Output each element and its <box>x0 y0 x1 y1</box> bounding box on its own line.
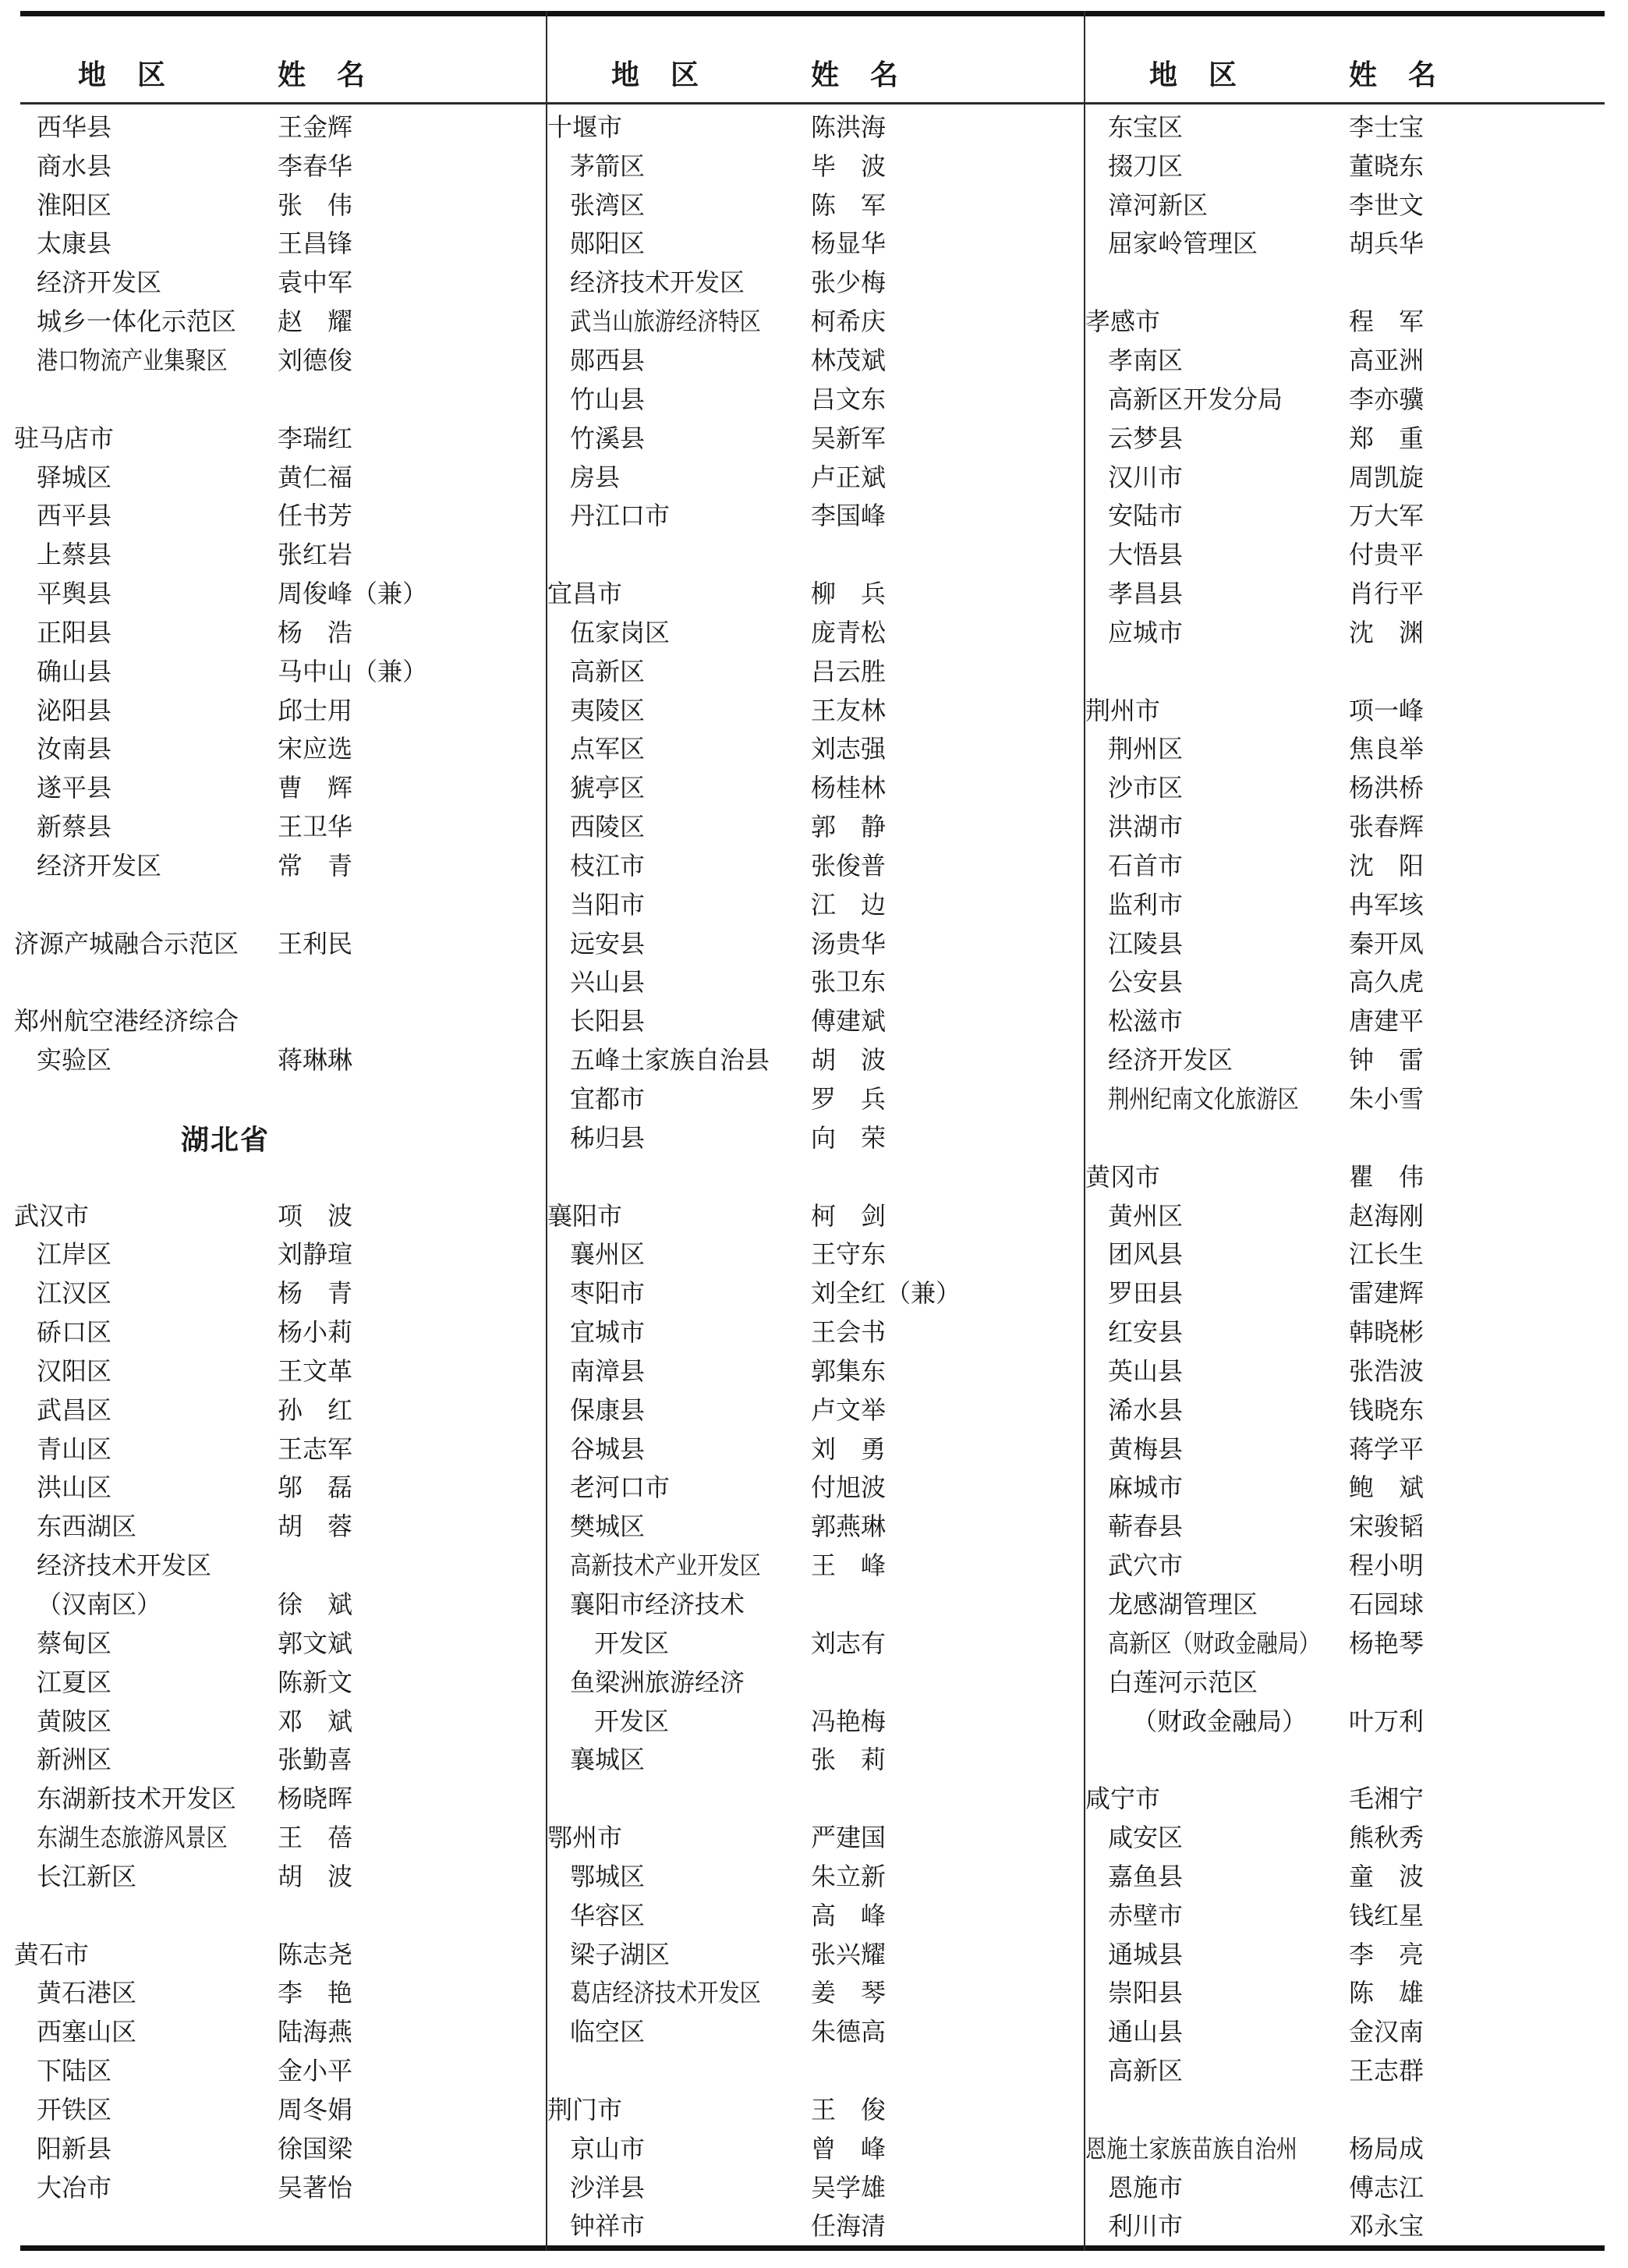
region-cell: 郑州航空港经济综合 <box>14 1007 239 1035</box>
region-cell: 太康县 <box>37 229 111 257</box>
name-cell: 肖行平 <box>1349 579 1424 608</box>
table-row: 泌阳县邱士用 <box>14 691 544 730</box>
name-cell: 周俊峰（兼） <box>278 579 427 608</box>
name-cell: 陈 雄 <box>1349 1979 1424 2007</box>
table-row: 襄州区王守东 <box>547 1235 1082 1274</box>
region-cell: 石首市 <box>1108 852 1183 880</box>
table-row: 东湖新技术开发区杨晓晖 <box>14 1779 544 1818</box>
table-row: 伍家岗区庞青松 <box>547 613 1082 652</box>
name-cell: 江长生 <box>1349 1240 1424 1268</box>
region-cell: 团风县 <box>1108 1240 1183 1268</box>
region-cell: 秭归县 <box>570 1124 645 1152</box>
region-cell: 经济技术开发区 <box>37 1551 211 1579</box>
name-cell: 曹 辉 <box>278 774 352 802</box>
region-cell: 荆门市 <box>547 2096 622 2124</box>
table-row: 阳新县徐国梁 <box>14 2129 544 2168</box>
region-cell: 汉阳区 <box>37 1357 111 1385</box>
name-cell: 柯 剑 <box>811 1202 886 1230</box>
name-cell: 王金辉 <box>278 113 352 141</box>
blank-row <box>547 1779 1082 1818</box>
table-row: 十堰市陈洪海 <box>547 108 1082 147</box>
table-row: 东西湖区胡 蓉 <box>14 1507 544 1546</box>
name-cell: 冯艳梅 <box>811 1707 886 1735</box>
table-row: 宜城市王会书 <box>547 1313 1082 1352</box>
blank-row <box>14 1896 544 1935</box>
table-row: 汉川市周凯旋 <box>1085 458 1614 497</box>
region-cell: 通城县 <box>1108 1940 1183 1969</box>
name-cell: 张兴耀 <box>811 1940 886 1969</box>
region-cell: 茅箭区 <box>570 152 645 180</box>
region-cell: 枝江市 <box>570 852 645 880</box>
table-row: 高新区开发分局李亦骥 <box>1085 380 1614 419</box>
region-cell: 西华县 <box>37 113 111 141</box>
table-column-3: 东宝区李士宝掇刀区董晓东漳河新区李世文屈家岭管理区胡兵华孝感市程 军孝南区高亚洲… <box>1085 108 1614 2246</box>
table-bottom-border <box>20 2245 1605 2251</box>
name-cell: 沈 阳 <box>1349 852 1424 880</box>
table-row: 荆州区焦良举 <box>1085 730 1614 769</box>
table-row: 华容区高 峰 <box>547 1896 1082 1935</box>
table-row: 京山市曾 峰 <box>547 2129 1082 2168</box>
table-row: 黄石市陈志尧 <box>14 1935 544 1974</box>
region-cell: 谷城县 <box>570 1435 645 1463</box>
name-cell: 焦良举 <box>1349 735 1424 763</box>
table-row: 宜都市罗 兵 <box>547 1079 1082 1118</box>
region-cell: 阳新县 <box>37 2135 111 2163</box>
name-cell: 马中山（兼） <box>278 657 427 686</box>
table-row: 云梦县郑 重 <box>1085 419 1614 458</box>
table-row: 丹江口市李国峰 <box>547 496 1082 535</box>
table-row: 新蔡县王卫华 <box>14 807 544 846</box>
region-cell: 当阳市 <box>570 891 645 919</box>
region-cell: 兴山县 <box>570 968 645 996</box>
region-cell: 宜都市 <box>570 1085 645 1113</box>
name-cell: 胡 波 <box>811 1046 886 1074</box>
region-cell: 开铁区 <box>37 2096 111 2124</box>
table-row: 洪山区邬 磊 <box>14 1469 544 1508</box>
blank-row <box>1085 263 1614 302</box>
table-row: 江岸区刘静瑄 <box>14 1235 544 1274</box>
name-cell: 金小平 <box>278 2057 352 2085</box>
name-cell: 陈 军 <box>811 191 886 219</box>
name-cell: 李瑞红 <box>278 424 352 452</box>
region-cell: 华容区 <box>570 1901 645 1930</box>
table-row: 下陆区金小平 <box>14 2051 544 2090</box>
region-cell: 驿城区 <box>37 463 111 491</box>
region-cell: 武穴市 <box>1108 1551 1183 1579</box>
table-row: 红安县韩晓彬 <box>1085 1313 1614 1352</box>
table-row: 监利市冉军垓 <box>1085 885 1614 924</box>
table-row: 江汉区杨 青 <box>14 1274 544 1313</box>
name-cell: 刘静瑄 <box>278 1240 352 1268</box>
name-cell: 张浩波 <box>1349 1357 1424 1385</box>
table-row: 恩施土家族苗族自治州杨局成 <box>1085 2129 1614 2168</box>
name-cell: 刘志强 <box>811 735 886 763</box>
table-row: 夷陵区王友林 <box>547 691 1082 730</box>
name-cell: 任书芳 <box>278 501 352 530</box>
name-cell: 毕 波 <box>811 152 886 180</box>
table-row: 襄阳市柯 剑 <box>547 1196 1082 1235</box>
region-cell: 济源产城融合示范区 <box>14 930 239 958</box>
region-cell: 猇亭区 <box>570 774 645 802</box>
region-cell: （汉南区） <box>37 1590 161 1618</box>
name-cell: 郭燕琳 <box>811 1512 886 1540</box>
name-cell: 周冬娟 <box>278 2096 352 2124</box>
blank-row <box>14 963 544 1002</box>
region-cell: 孝南区 <box>1108 346 1183 374</box>
table-row: 英山县张浩波 <box>1085 1352 1614 1391</box>
blank-row <box>547 1157 1082 1196</box>
table-row: 驿城区黄仁福 <box>14 458 544 497</box>
region-cell: 白莲河示范区 <box>1108 1668 1258 1696</box>
region-cell: 枣阳市 <box>570 1279 645 1307</box>
name-cell: 陈洪海 <box>811 113 886 141</box>
region-cell: 咸安区 <box>1108 1823 1183 1852</box>
table-row: 咸宁市毛湘宁 <box>1085 1779 1614 1818</box>
region-cell: 崇阳县 <box>1108 1979 1183 2007</box>
table-row: 枝江市张俊普 <box>547 846 1082 885</box>
table-row: 罗田县雷建辉 <box>1085 1274 1614 1313</box>
table-row: 松滋市唐建平 <box>1085 1001 1614 1040</box>
region-cell: 黄冈市 <box>1085 1163 1160 1191</box>
name-cell: 邓永宝 <box>1349 2212 1424 2240</box>
table-row: 济源产城融合示范区王利民 <box>14 924 544 963</box>
name-cell: 童 波 <box>1349 1862 1424 1891</box>
blank-row <box>14 380 544 419</box>
name-cell: 吴著怡 <box>278 2174 352 2202</box>
table-row: 利川市邓永宝 <box>1085 2207 1614 2246</box>
region-cell: 武汉市 <box>14 1202 89 1230</box>
region-cell: 监利市 <box>1108 891 1183 919</box>
name-cell: 汤贵华 <box>811 930 886 958</box>
table-row: 遂平县曹 辉 <box>14 768 544 807</box>
table-row: 大冶市吴著怡 <box>14 2168 544 2207</box>
table-row: 沙市区杨洪桥 <box>1085 768 1614 807</box>
region-cell: 黄州区 <box>1108 1202 1183 1230</box>
table-row: 鄂州市严建国 <box>547 1818 1082 1857</box>
region-cell: 西陵区 <box>570 813 645 841</box>
region-cell: 汝南县 <box>37 735 111 763</box>
table-row: 高新区（财政金融局）杨艳琴 <box>1085 1624 1614 1663</box>
region-cell: 夷陵区 <box>570 696 645 725</box>
table-row: 黄冈市瞿 伟 <box>1085 1157 1614 1196</box>
name-cell: 陈新文 <box>278 1668 352 1696</box>
region-cell: 东湖新技术开发区 <box>37 1784 236 1813</box>
directory-page: 地 区 姓 名 地 区 姓 名 地 区 姓 名 西华县王金辉商水县李春华淮阳区张… <box>0 0 1628 2268</box>
name-cell: 王会书 <box>811 1318 886 1346</box>
region-cell: 襄阳市 <box>547 1202 622 1230</box>
table-row: 驻马店市李瑞红 <box>14 419 544 458</box>
name-cell: 钱红星 <box>1349 1901 1424 1930</box>
table-row: 安陆市万大军 <box>1085 496 1614 535</box>
name-cell: 李春华 <box>278 152 352 180</box>
region-cell: 英山县 <box>1108 1357 1183 1385</box>
region-cell: 襄阳市经济技术 <box>570 1590 745 1618</box>
table-row: 洪湖市张春辉 <box>1085 807 1614 846</box>
region-cell: 开发区 <box>594 1629 669 1657</box>
region-cell: 大冶市 <box>37 2174 111 2202</box>
name-cell: 李世文 <box>1349 191 1424 219</box>
name-cell: 叶万利 <box>1349 1707 1424 1735</box>
region-column-header: 地 区 <box>611 61 700 89</box>
region-cell: 东湖生态旅游风景区 <box>37 1823 228 1852</box>
table-row: 龙感湖管理区石园球 <box>1085 1585 1614 1624</box>
name-column-header: 姓 名 <box>1349 61 1438 89</box>
table-row: 老河口市付旭波 <box>547 1469 1082 1508</box>
table-row: 鱼梁洲旅游经济 <box>547 1663 1082 1702</box>
name-cell: 袁中军 <box>278 268 352 296</box>
region-cell: 蕲春县 <box>1108 1512 1183 1540</box>
name-cell: 郭集东 <box>811 1357 886 1385</box>
region-cell: 屈家岭管理区 <box>1108 229 1258 257</box>
region-cell: 青山区 <box>37 1435 111 1463</box>
name-cell: 李士宝 <box>1349 113 1424 141</box>
name-cell: 韩晓彬 <box>1349 1318 1424 1346</box>
table-row: 崇阳县陈 雄 <box>1085 1974 1614 2013</box>
name-cell: 蒋学平 <box>1349 1435 1424 1463</box>
name-cell: 刘全红（兼） <box>811 1279 961 1307</box>
name-cell: 张红岩 <box>278 540 352 569</box>
region-cell: 襄州区 <box>570 1240 645 1268</box>
table-row: 通城县李 亮 <box>1085 1935 1614 1974</box>
region-cell: 孝感市 <box>1085 307 1160 335</box>
table-row: 正阳县杨 浩 <box>14 613 544 652</box>
region-cell: 丹江口市 <box>570 501 670 530</box>
name-cell: 董晓东 <box>1349 152 1424 180</box>
region-cell: 赤壁市 <box>1108 1901 1183 1930</box>
region-cell: 洪湖市 <box>1108 813 1183 841</box>
table-row: 硚口区杨小莉 <box>14 1313 544 1352</box>
table-row: 经济技术开发区张少梅 <box>547 263 1082 302</box>
table-row: 沙洋县吴学雄 <box>547 2168 1082 2207</box>
name-cell: 朱立新 <box>811 1862 886 1891</box>
name-cell: 胡 波 <box>278 1862 352 1891</box>
region-cell: 麻城市 <box>1108 1473 1183 1501</box>
region-cell: 罗田县 <box>1108 1279 1183 1307</box>
region-cell: 城乡一体化示范区 <box>37 307 236 335</box>
region-cell: 武当山旅游经济特区 <box>570 307 761 335</box>
region-cell: 咸宁市 <box>1085 1784 1160 1813</box>
province-section-row: 湖北省 <box>14 1118 544 1157</box>
name-cell: 胡 蓉 <box>278 1512 352 1540</box>
region-cell: 高新技术产业开发区 <box>570 1551 761 1579</box>
name-cell: 朱德高 <box>811 2018 886 2046</box>
name-cell: 冉军垓 <box>1349 891 1424 919</box>
region-cell: 嘉鱼县 <box>1108 1862 1183 1891</box>
name-cell: 吕云胜 <box>811 657 886 686</box>
name-cell: 金汉南 <box>1349 2018 1424 2046</box>
table-row: 浠水县钱晓东 <box>1085 1391 1614 1430</box>
name-cell: 邬 磊 <box>278 1473 352 1501</box>
region-column-header: 地 区 <box>1149 61 1238 89</box>
region-cell: 荆州区 <box>1108 735 1183 763</box>
table-row: 汝南县宋应选 <box>14 730 544 769</box>
table-row: 高新区吕云胜 <box>547 652 1082 691</box>
table-row: 大悟县付贵平 <box>1085 535 1614 574</box>
name-cell: 鲍 斌 <box>1349 1473 1424 1501</box>
name-cell: 项一峰 <box>1349 696 1424 725</box>
table-row: 竹山县吕文东 <box>547 380 1082 419</box>
name-cell: 杨显华 <box>811 229 886 257</box>
region-cell: 长江新区 <box>37 1862 136 1891</box>
name-cell: 王利民 <box>278 930 352 958</box>
table-row: 蔡甸区郭文斌 <box>14 1624 544 1663</box>
region-cell: 高新区 <box>1108 2057 1183 2085</box>
name-cell: 庞青松 <box>811 618 886 647</box>
table-row: 武汉市项 波 <box>14 1196 544 1235</box>
table-row: 淮阳区张 伟 <box>14 186 544 225</box>
region-cell: 襄城区 <box>570 1745 645 1774</box>
region-cell: 云梦县 <box>1108 424 1183 452</box>
blank-row <box>14 1079 544 1118</box>
region-cell: 东西湖区 <box>37 1512 136 1540</box>
region-cell: 蔡甸区 <box>37 1629 111 1657</box>
region-cell: 掇刀区 <box>1108 152 1183 180</box>
name-cell: 黄仁福 <box>278 463 352 491</box>
table-row: 蕲春县宋骏韬 <box>1085 1507 1614 1546</box>
table-row: 秭归县向 荣 <box>547 1118 1082 1157</box>
name-cell: 瞿 伟 <box>1349 1163 1424 1191</box>
table-row: 长阳县傅建斌 <box>547 1001 1082 1040</box>
table-row: 猇亭区杨桂林 <box>547 768 1082 807</box>
table-row: 西塞山区陆海燕 <box>14 2012 544 2051</box>
region-cell: 恩施市 <box>1108 2174 1183 2202</box>
region-cell: 宜城市 <box>570 1318 645 1346</box>
table-row: 黄梅县蒋学平 <box>1085 1430 1614 1469</box>
name-cell: 李亦骥 <box>1349 385 1424 413</box>
table-column-2: 十堰市陈洪海茅箭区毕 波张湾区陈 军郧阳区杨显华经济技术开发区张少梅武当山旅游经… <box>547 108 1082 2246</box>
table-row: 开发区刘志有 <box>547 1624 1082 1663</box>
name-cell: 向 荣 <box>811 1124 886 1152</box>
table-row: （汉南区）徐 斌 <box>14 1585 544 1624</box>
name-cell: 王 俊 <box>811 2096 886 2124</box>
table-row: 公安县高久虎 <box>1085 963 1614 1002</box>
name-cell: 傅志江 <box>1349 2174 1424 2202</box>
region-cell: 长阳县 <box>570 1007 645 1035</box>
table-row: 高新区王志群 <box>1085 2051 1614 2090</box>
table-row: 兴山县张卫东 <box>547 963 1082 1002</box>
table-row: 嘉鱼县童 波 <box>1085 1857 1614 1896</box>
table-row: 江夏区陈新文 <box>14 1663 544 1702</box>
region-cell: 下陆区 <box>37 2057 111 2085</box>
region-cell: 郧阳区 <box>570 229 645 257</box>
table-row: 东宝区李士宝 <box>1085 108 1614 147</box>
name-cell: 徐 斌 <box>278 1590 352 1618</box>
name-cell: 邱士用 <box>278 696 352 725</box>
table-row: 葛店经济技术开发区姜 琴 <box>547 1974 1082 2013</box>
region-cell: 漳河新区 <box>1108 191 1208 219</box>
table-row: 新洲区张勤喜 <box>14 1740 544 1779</box>
table-row: 点军区刘志强 <box>547 730 1082 769</box>
name-cell: 王志群 <box>1349 2057 1424 2085</box>
region-cell: 竹山县 <box>570 385 645 413</box>
name-cell: 姜 琴 <box>811 1979 886 2007</box>
region-cell: 上蔡县 <box>37 540 111 569</box>
name-cell: 周凯旋 <box>1349 463 1424 491</box>
region-cell: 鱼梁洲旅游经济 <box>570 1668 745 1696</box>
region-cell: 京山市 <box>570 2135 645 2163</box>
region-cell: 鄂城区 <box>570 1862 645 1891</box>
name-cell: 蒋琳琳 <box>278 1046 352 1074</box>
name-cell: 张少梅 <box>811 268 886 296</box>
name-cell: 赵海刚 <box>1349 1202 1424 1230</box>
name-cell: 李 艳 <box>278 1979 352 2007</box>
table-row: 房县卢正斌 <box>547 458 1082 497</box>
region-cell: 江陵县 <box>1108 930 1183 958</box>
name-cell: 杨洪桥 <box>1349 774 1424 802</box>
name-cell: 王卫华 <box>278 813 352 841</box>
table-row: 孝昌县肖行平 <box>1085 574 1614 613</box>
region-cell: 淮阳区 <box>37 191 111 219</box>
table-row: 保康县卢文举 <box>547 1391 1082 1430</box>
blank-row <box>547 535 1082 574</box>
province-section-header: 湖北省 <box>181 1118 270 1157</box>
name-cell: 杨 青 <box>278 1279 352 1307</box>
table-row: 孝南区高亚洲 <box>1085 341 1614 380</box>
name-cell: 宋骏韬 <box>1349 1512 1424 1540</box>
region-cell: 遂平县 <box>37 774 111 802</box>
name-cell: 张春辉 <box>1349 813 1424 841</box>
name-cell: 林茂斌 <box>811 346 886 374</box>
table-row: 枣阳市刘全红（兼） <box>547 1274 1082 1313</box>
table-row: 武穴市程小明 <box>1085 1546 1614 1585</box>
region-cell: 汉川市 <box>1108 463 1183 491</box>
name-cell: 程 军 <box>1349 307 1424 335</box>
table-row: 樊城区郭燕琳 <box>547 1507 1082 1546</box>
region-cell: 高新区（财政金融局） <box>1108 1629 1320 1657</box>
blank-row <box>1085 1740 1614 1779</box>
region-cell: 荆州纪南文化旅游区 <box>1108 1085 1299 1113</box>
table-row: 太康县王昌锋 <box>14 225 544 264</box>
name-cell: 熊秋秀 <box>1349 1823 1424 1852</box>
name-cell: 王守东 <box>811 1240 886 1268</box>
region-cell: 黄石市 <box>14 1940 89 1969</box>
region-cell: 沙市区 <box>1108 774 1183 802</box>
table-row: 谷城县刘 勇 <box>547 1430 1082 1469</box>
table-row: 武当山旅游经济特区柯希庆 <box>547 302 1082 341</box>
name-cell: 杨艳琴 <box>1349 1629 1424 1657</box>
name-cell: 王文革 <box>278 1357 352 1385</box>
table-row: （财政金融局）叶万利 <box>1085 1702 1614 1741</box>
name-cell: 李 亮 <box>1349 1940 1424 1969</box>
table-row: 襄阳市经济技术 <box>547 1585 1082 1624</box>
table-row: 经济开发区常 青 <box>14 846 544 885</box>
table-row: 开发区冯艳梅 <box>547 1702 1082 1741</box>
blank-row <box>14 2207 544 2246</box>
table-row: 城乡一体化示范区赵 耀 <box>14 302 544 341</box>
name-cell: 张 伟 <box>278 191 352 219</box>
table-row: 临空区朱德高 <box>547 2012 1082 2051</box>
name-cell: 任海清 <box>811 2212 886 2240</box>
name-cell: 王 蓓 <box>278 1823 352 1852</box>
blank-row <box>1085 2090 1614 2129</box>
table-row: 茅箭区毕 波 <box>547 147 1082 186</box>
region-cell: 经济技术开发区 <box>570 268 745 296</box>
table-row: 恩施市傅志江 <box>1085 2168 1614 2207</box>
name-cell: 钟 雷 <box>1349 1046 1424 1074</box>
name-cell: 王友林 <box>811 696 886 725</box>
region-cell: 钟祥市 <box>570 2212 645 2240</box>
region-cell: 大悟县 <box>1108 540 1183 569</box>
region-cell: 西塞山区 <box>37 2018 136 2046</box>
region-cell: 硚口区 <box>37 1318 111 1346</box>
region-cell: 武昌区 <box>37 1396 111 1424</box>
name-cell: 项 波 <box>278 1202 352 1230</box>
table-row: 襄城区张 莉 <box>547 1740 1082 1779</box>
name-cell: 朱小雪 <box>1349 1085 1424 1113</box>
region-cell: 经济开发区 <box>37 852 161 880</box>
table-row: 五峰土家族自治县胡 波 <box>547 1040 1082 1079</box>
region-cell: 公安县 <box>1108 968 1183 996</box>
